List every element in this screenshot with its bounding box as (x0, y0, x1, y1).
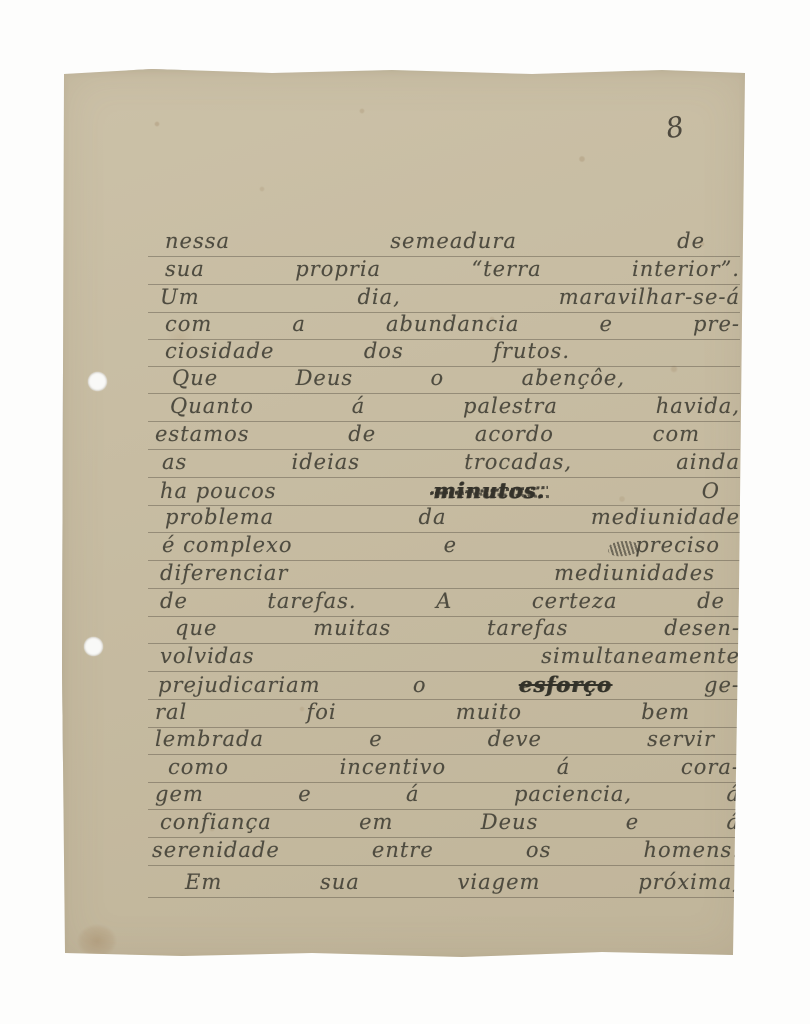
ink-text: ral foi muito bem (155, 698, 690, 727)
ink-text: nessa semeadura de (165, 227, 705, 256)
ink-text: que muitas tarefas desen- (175, 614, 740, 643)
ink-text: com a abundancia e pre- (165, 310, 740, 339)
ink-word: prejudicariam (158, 671, 321, 700)
ink-text: volvidas simultaneamente (160, 642, 740, 671)
manuscript-line: sua propria “terra interior”. (148, 255, 740, 285)
page-number: 8 (663, 110, 686, 146)
manuscript-line: gem e á paciencia, á (148, 780, 740, 810)
manuscript-line: de tarefas. A certeza de (148, 587, 740, 617)
scratched-out-word: minutos. (433, 476, 545, 505)
manuscript-line: nessa semeadura de (148, 227, 740, 257)
ink-text: Que Deus o abençôe, (172, 364, 625, 393)
ink-word: o (413, 671, 427, 700)
ink-word: ge- (704, 671, 740, 700)
manuscript-line: ral foi muito bem (148, 698, 740, 728)
manuscript-line: Em sua viagem próxima, (148, 868, 740, 898)
ink-word: é complexo (162, 531, 293, 560)
manuscript-line: as ideias trocadas, ainda (148, 448, 740, 478)
manuscript-line: serenidade entre os homens. (148, 836, 740, 866)
ink-text: prejudicariam o esforço ge- (158, 670, 740, 700)
manuscript-line: é complexo e preciso (148, 531, 740, 561)
ink-word: ha poucos (160, 477, 277, 506)
ink-text: ciosidade dos frutos. (165, 337, 570, 366)
manuscript-line: ha poucos minutos. O (148, 476, 740, 506)
manuscript-line: Que Deus o abençôe, (148, 364, 740, 394)
manuscript-line: estamos de acordo com (148, 420, 740, 450)
manuscript-line: lembrada e deve servir (148, 725, 740, 755)
ink-text: como incentivo á cora- (168, 753, 740, 782)
ink-text: as ideias trocadas, ainda (162, 448, 740, 477)
ink-text: sua propria “terra interior”. (165, 255, 740, 284)
ink-text: estamos de acordo com (155, 420, 700, 449)
ink-text: Um dia, maravilhar-se-á (160, 283, 740, 312)
ink-text: confiança em Deus e á (160, 808, 740, 837)
scanned-document: 8 nessa semeadura de sua propria “terra … (0, 0, 810, 1024)
ink-text: lembrada e deve servir (155, 725, 715, 754)
ink-text: Em sua viagem próxima, (185, 868, 740, 897)
ink-text: ha poucos minutos. O (160, 476, 720, 506)
ink-word-group: preciso (608, 531, 720, 560)
manuscript-line: que muitas tarefas desen- (148, 614, 740, 644)
punch-hole-top (88, 372, 107, 391)
ink-text: problema da mediunidade (165, 503, 740, 532)
ink-word: O (702, 477, 720, 506)
manuscript-line: prejudicariam o esforço ge- (148, 670, 740, 700)
manuscript-line: problema da mediunidade (148, 503, 740, 533)
ink-text: de tarefas. A certeza de (160, 587, 725, 616)
manuscript-line: volvidas simultaneamente (148, 642, 740, 672)
manuscript-line: Quanto á palestra havida, (148, 392, 740, 422)
ink-text: Quanto á palestra havida, (170, 392, 740, 421)
manuscript-line: diferenciar mediunidades (148, 559, 740, 589)
ink-text: é complexo e preciso (162, 531, 720, 560)
manuscript-page: 8 nessa semeadura de sua propria “terra … (62, 69, 746, 958)
manuscript-line: ciosidade dos frutos. (148, 337, 740, 367)
manuscript-line: como incentivo á cora- (148, 753, 740, 783)
ink-text: diferenciar mediunidades (160, 559, 715, 588)
overwritten-word: esforço (519, 670, 612, 699)
ink-text: gem e á paciencia, á (155, 780, 740, 809)
punch-hole-bottom (84, 637, 103, 656)
manuscript-line: com a abundancia e pre- (148, 310, 740, 340)
ink-word: preciso (635, 531, 720, 560)
manuscript-line: Um dia, maravilhar-se-á (148, 283, 740, 313)
ink-word: e (444, 531, 457, 560)
manuscript-line: confiança em Deus e á (148, 808, 740, 838)
ink-text: serenidade entre os homens. (152, 836, 740, 865)
